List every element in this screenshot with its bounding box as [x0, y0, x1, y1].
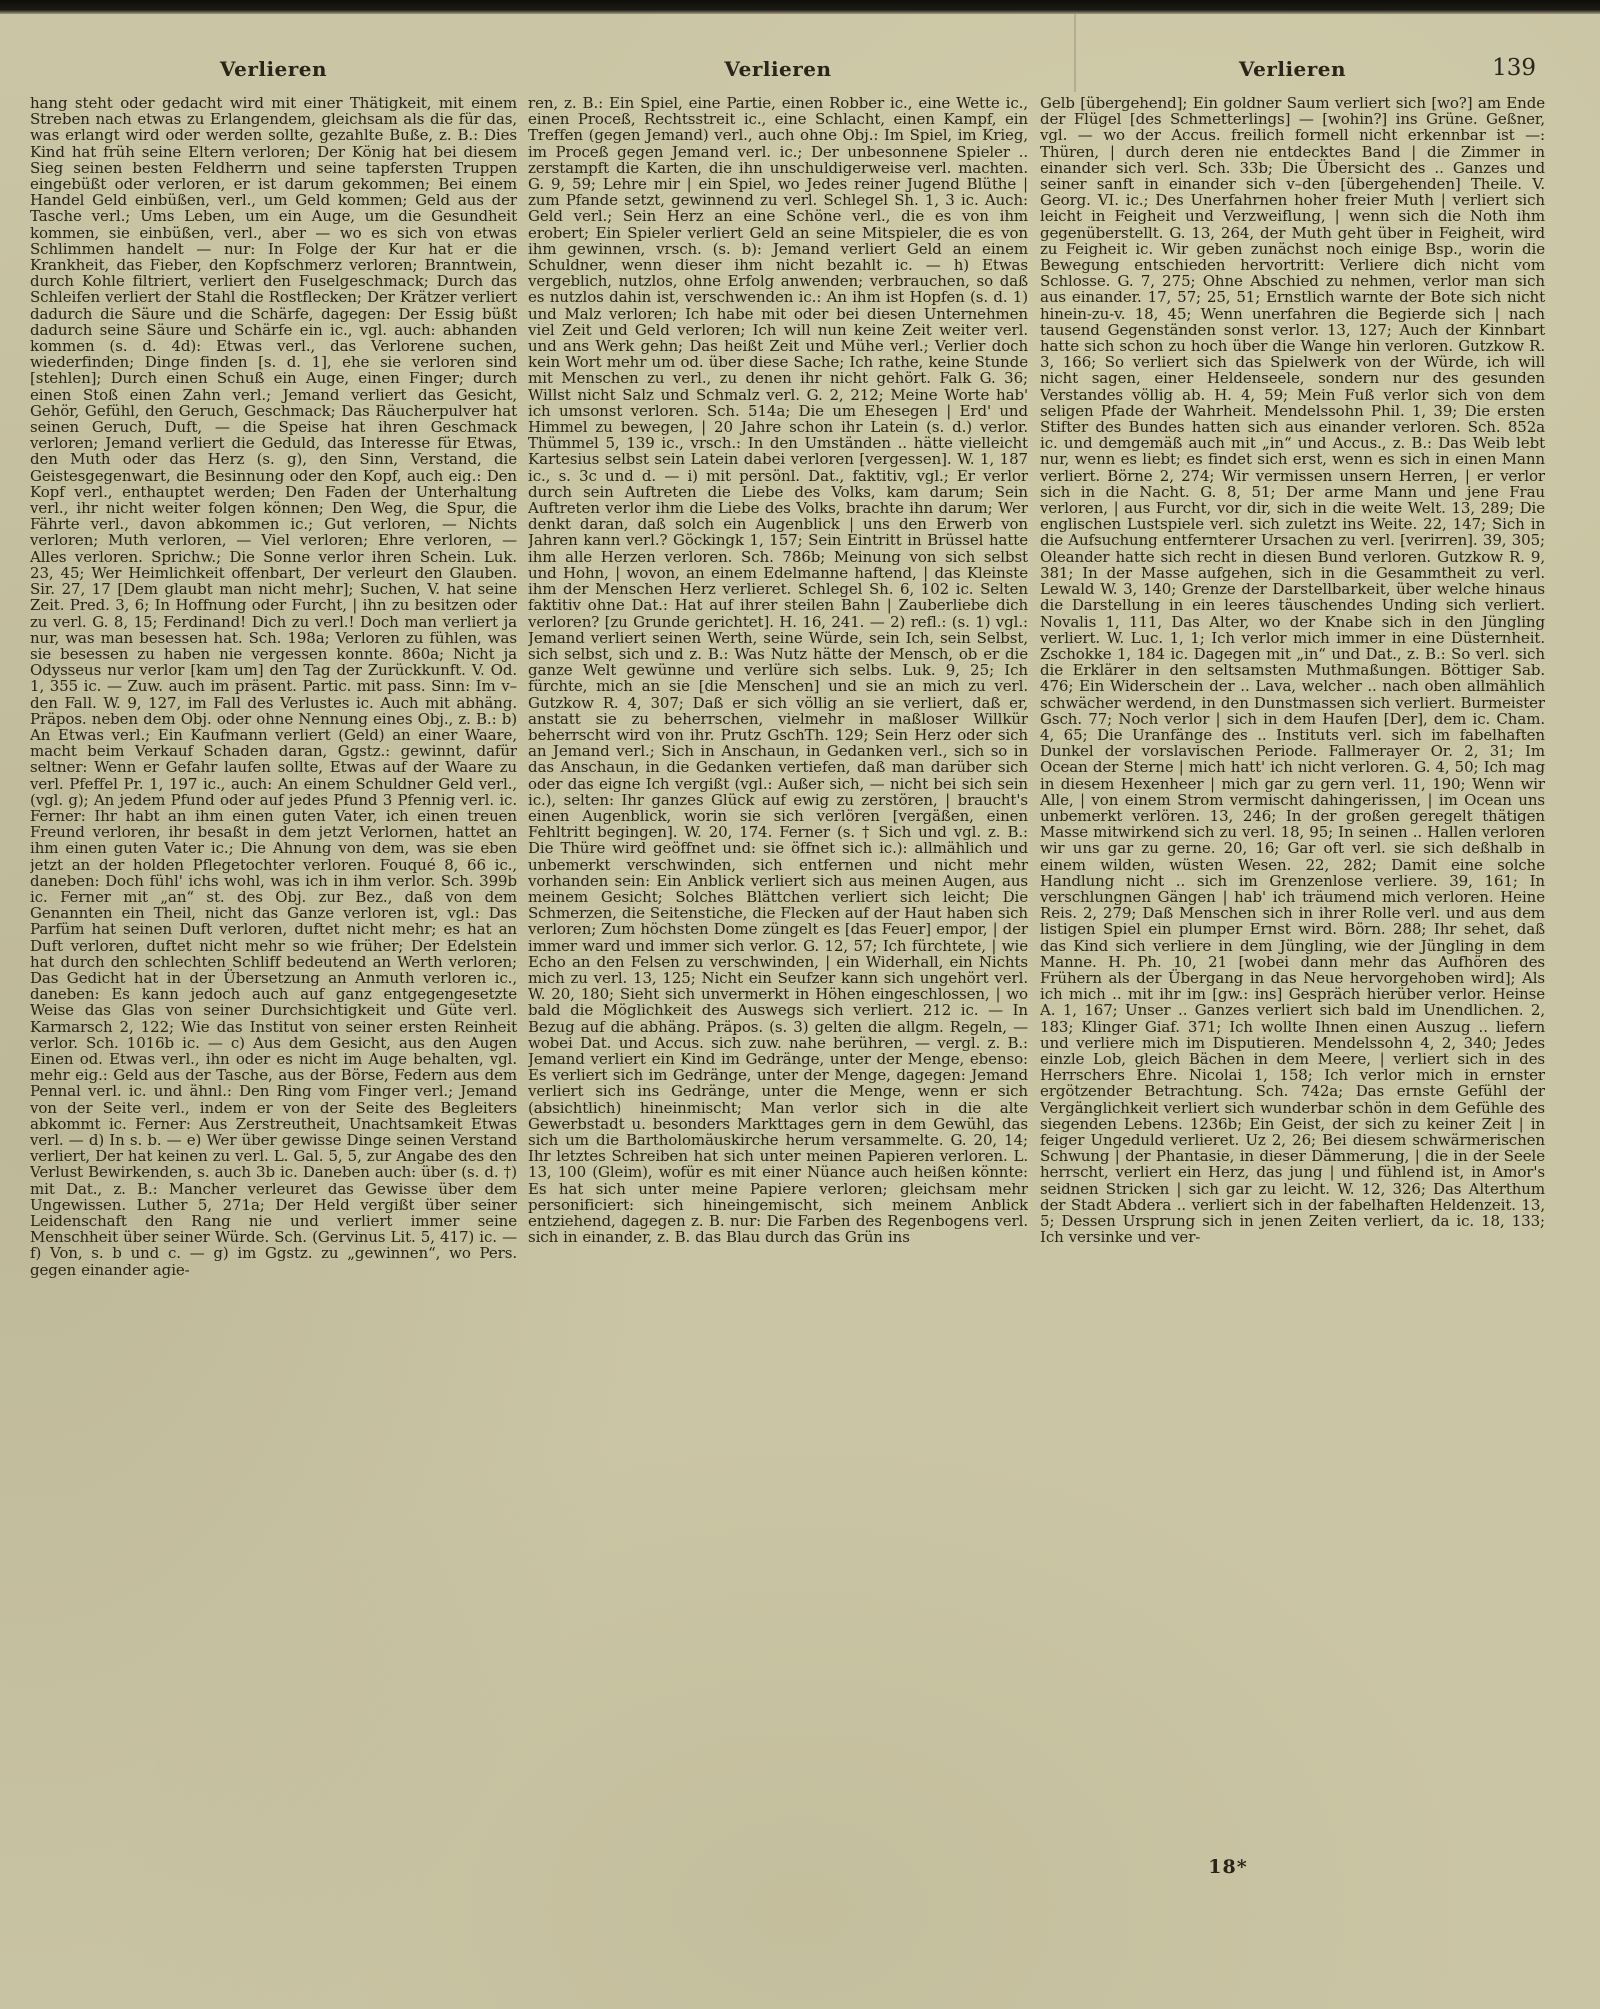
page-number: 139	[1448, 54, 1536, 82]
dictionary-column-1: hang steht oder gedacht wird mit einer T…	[30, 95, 517, 1855]
scan-edge-top	[0, 0, 1600, 14]
dictionary-column-3: Gelb [übergehend]; Ein goldner Saum verl…	[1040, 95, 1545, 1863]
column-2-text: ren, z. B.: Ein Spiel, eine Partie, eine…	[528, 95, 1028, 1245]
dictionary-column-2: ren, z. B.: Ein Spiel, eine Partie, eine…	[528, 95, 1028, 1863]
column-1-text: hang steht oder gedacht wird mit einer T…	[30, 95, 517, 1278]
signature-mark: 18*	[1040, 1856, 1416, 1878]
running-head-col1: Verlieren	[30, 56, 517, 82]
column-3-text: Gelb [übergehend]; Ein goldner Saum verl…	[1040, 95, 1545, 1245]
running-head-col2: Verlieren	[528, 56, 1028, 82]
